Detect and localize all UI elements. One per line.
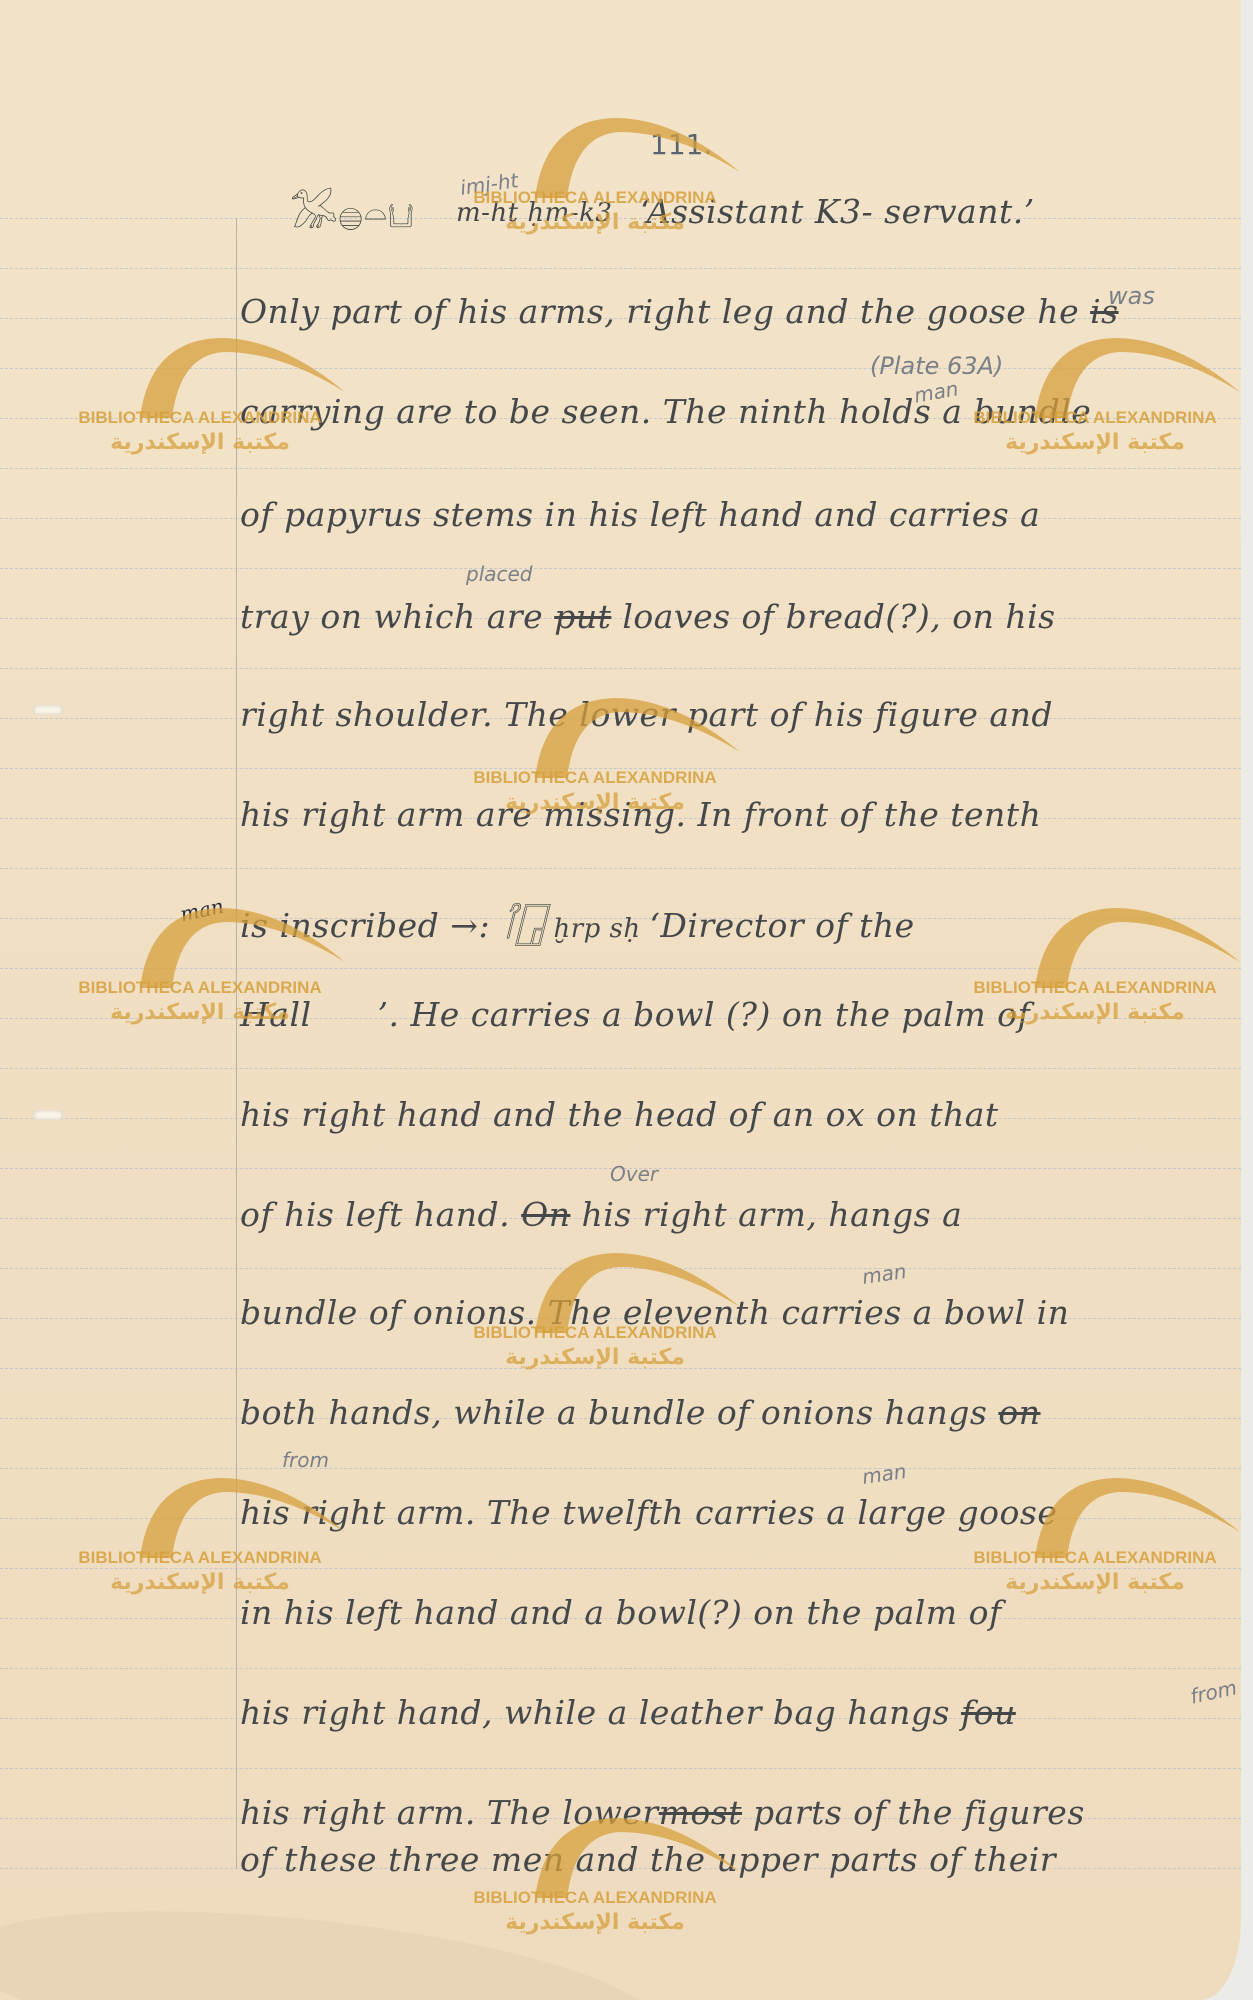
library-watermark: BIBLIOTHECA ALEXANDRINAمكتبة الإسكندرية: [50, 1470, 350, 1610]
text-line-3: of papyrus stems in his left hand and ca…: [240, 495, 1040, 534]
text-line-6: his right arm are missing. In front of t…: [240, 795, 1041, 834]
text-line-2: carrying are to be seen. The ninth holds…: [240, 392, 1091, 431]
rule-line: [0, 1268, 1241, 1269]
watermark-arabic: مكتبة الإسكندرية: [50, 430, 350, 455]
watermark-english: BIBLIOTHECA ALEXANDRINA: [945, 1548, 1241, 1568]
plate-reference: (Plate 63A): [870, 352, 1003, 380]
text-line-13: his right arm. The twelfth carries a lar…: [240, 1493, 1057, 1532]
text-line-14: in his left hand and a bowl(?) on the pa…: [240, 1593, 1002, 1632]
margin-line: [236, 218, 237, 1868]
text-line-17: of these three men and the upper parts o…: [240, 1840, 1056, 1879]
watermark-arabic: مكتبة الإسكندرية: [50, 1570, 350, 1595]
text-line-8: Hall ’. He carries a bowl (?) on the pal…: [240, 995, 1030, 1034]
insert-was: was: [1108, 282, 1155, 310]
rule-line: [0, 218, 1241, 219]
insert-from: from: [1188, 1675, 1239, 1708]
rule-line: [0, 568, 1241, 569]
text-line-12: both hands, while a bundle of onions han…: [240, 1393, 1041, 1432]
watermark-arabic: مكتبة الإسكندرية: [445, 1910, 745, 1935]
text-line-5: right shoulder. The lower part of his fi…: [240, 695, 1053, 734]
watermark-english: BIBLIOTHECA ALEXANDRINA: [445, 1888, 745, 1908]
pencil-insert-imj-ht: imj-ht: [459, 168, 520, 200]
insert-man: man: [861, 1259, 908, 1289]
rule-line: [0, 1768, 1241, 1769]
watermark-english: BIBLIOTHECA ALEXANDRINA: [50, 1548, 350, 1568]
page-number: 111.: [650, 128, 712, 161]
rule-line: [0, 1368, 1241, 1369]
rule-line: [0, 968, 1241, 969]
watermark-arabic: مكتبة الإسكندرية: [945, 430, 1241, 455]
watermark-arabic: مكتبة الإسكندرية: [945, 1570, 1241, 1595]
text-line-9: his right hand and the head of an ox on …: [240, 1095, 999, 1134]
rule-line: [0, 868, 1241, 869]
insert-from: from: [282, 1448, 329, 1472]
text-line-11: bundle of onions. The eleventh carries a…: [240, 1293, 1069, 1332]
header-transliteration: m-ht ḥm-k3: [456, 198, 612, 228]
text-line-1: Only part of his arms, right leg and the…: [240, 292, 1119, 331]
punch-hole: [33, 1110, 63, 1120]
rule-line: [0, 268, 1241, 269]
header-translation: ‘Assistant K3- servant.’: [640, 192, 1035, 231]
text-line-16: his right arm. The lowermost parts of th…: [240, 1793, 1085, 1832]
text-line-4: tray on which are put loaves of bread(?)…: [240, 597, 1056, 636]
rule-line: [0, 368, 1241, 369]
rule-line: [0, 468, 1241, 469]
rule-line: [0, 1468, 1241, 1469]
hieroglyph-group: 𓅮𓐍𓏏𓂓: [290, 178, 414, 240]
watermark-english: BIBLIOTHECA ALEXANDRINA: [445, 768, 745, 788]
rule-line: [0, 768, 1241, 769]
manuscript-page: 111. 𓅮𓐍𓏏𓂓 imj-ht m-ht ḥm-k3 ‘Assistant K…: [0, 0, 1241, 2000]
text-line-10: of his left hand. On his right arm, hang…: [240, 1195, 962, 1234]
margin-insert-man: man: [178, 894, 226, 927]
rule-line: [0, 1568, 1241, 1569]
text-line-15: his right hand, while a leather bag hang…: [240, 1693, 1016, 1732]
text-line-7: is inscribed →: 𓋾𓉗 ḫrp sḥ ‘Director of t…: [240, 893, 915, 949]
punch-hole: [33, 705, 63, 715]
arc-logo-icon: [1005, 900, 1241, 990]
insert-over: Over: [610, 1162, 658, 1186]
watermark-arabic: مكتبة الإسكندرية: [445, 1345, 745, 1370]
rule-line: [0, 1068, 1241, 1069]
rule-line: [0, 1668, 1241, 1669]
rule-line: [0, 668, 1241, 669]
insert-man: man: [861, 1459, 908, 1489]
hieroglyph-inscription: 𓋾𓉗: [501, 906, 545, 946]
library-watermark: BIBLIOTHECA ALEXANDRINAمكتبة الإسكندرية: [945, 1470, 1241, 1610]
insert-placed: placed: [466, 562, 533, 586]
